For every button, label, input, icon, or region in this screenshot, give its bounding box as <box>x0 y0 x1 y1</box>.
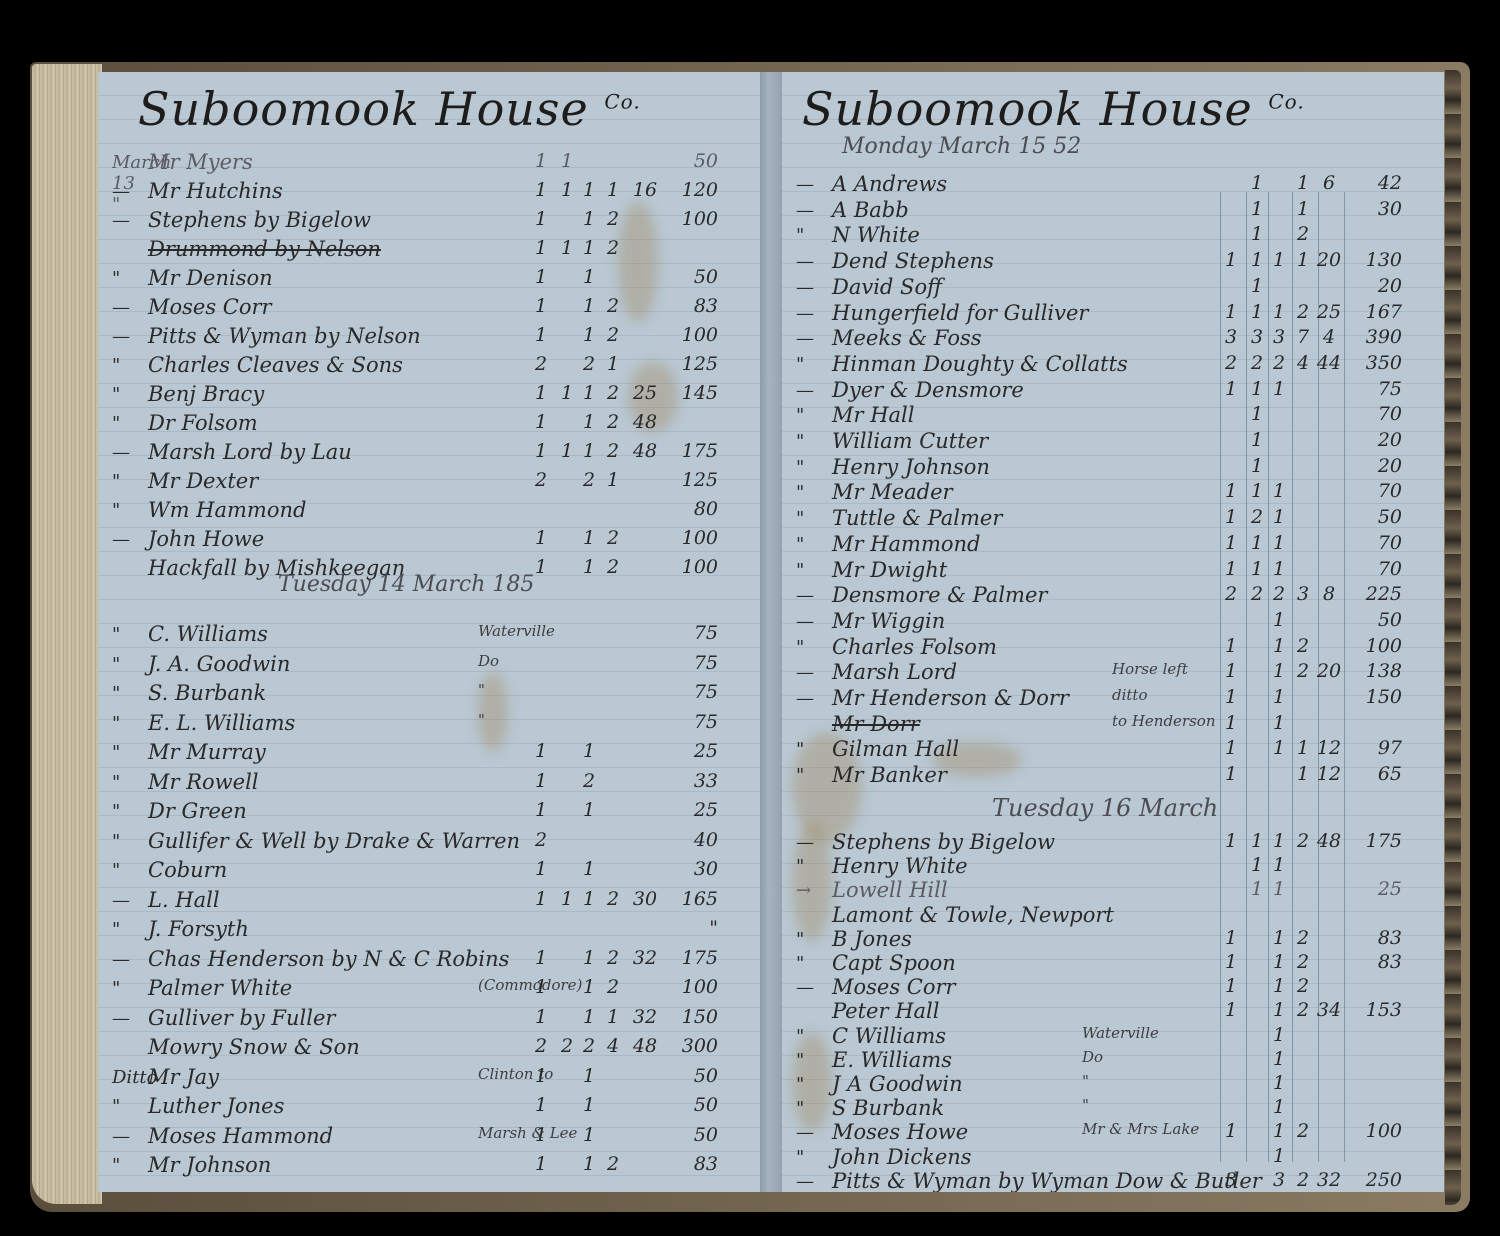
ditto-mark: " <box>112 919 142 940</box>
tally-cell: 1 <box>576 295 602 317</box>
amount-cell: 75 <box>658 652 718 674</box>
ditto-mark: " <box>796 637 826 658</box>
amount-cell: 33 <box>658 770 718 792</box>
guest-name: Marsh Lord by Lau <box>148 440 352 464</box>
guest-name: N White <box>832 223 920 247</box>
tally-cell: 25 <box>632 382 658 404</box>
tally-cell: 2 <box>1266 583 1292 605</box>
day-heading: Monday March 15 52 <box>842 134 1081 159</box>
tally-cell: 2 <box>528 469 554 491</box>
guest-name: Charles Folsom <box>832 635 997 659</box>
ledger-row: DittoMr JayClinton to1150 <box>98 1065 760 1093</box>
ditto-mark: " <box>112 654 142 675</box>
ledger-row: "Coburn1130 <box>98 858 760 886</box>
ditto-mark: " <box>112 742 142 763</box>
tally-cell: 1 <box>1266 532 1292 554</box>
ledger-row: "Dr Green1125 <box>98 799 760 827</box>
tally-cell: 1 <box>1218 301 1244 323</box>
tally-cell: 1 <box>1266 1048 1292 1070</box>
amount-cell: 250 <box>1342 1169 1402 1191</box>
tally-cell: 2 <box>1290 635 1316 657</box>
tally-cell: 1 <box>1218 830 1244 852</box>
tally-cell: 1 <box>576 440 602 462</box>
ditto-mark: — <box>796 174 826 195</box>
amount-cell: 20 <box>1342 455 1402 477</box>
ditto-mark: — <box>796 251 826 272</box>
ledger-row: —David Soff120 <box>782 275 1444 303</box>
ledger-row: —Mr Hutchins111116120 <box>98 179 760 207</box>
ditto-mark: " <box>112 1096 142 1117</box>
page-stack-edge <box>32 64 102 1204</box>
tally-cell: 1 <box>576 740 602 762</box>
tally-cell: 1 <box>528 976 554 998</box>
amount-cell: 350 <box>1342 352 1402 374</box>
tally-cell: 1 <box>528 1124 554 1146</box>
amount-cell: 175 <box>658 947 718 969</box>
amount-cell: 390 <box>1342 326 1402 348</box>
amount-cell: 20 <box>1342 275 1402 297</box>
guest-name: B Jones <box>832 927 912 951</box>
ditto-mark: " <box>112 772 142 793</box>
tally-cell: 2 <box>1218 583 1244 605</box>
tally-cell: 2 <box>1290 1169 1316 1191</box>
guest-name: E. Williams <box>832 1048 952 1072</box>
guest-note: Mr & Mrs Lake <box>1082 1120 1199 1138</box>
tally-cell: 1 <box>528 888 554 910</box>
ditto-mark: " <box>112 831 142 852</box>
ditto-mark: — <box>796 380 826 401</box>
tally-cell: 1 <box>528 150 554 172</box>
ledger-row: —Pitts & Wyman by Nelson112100 <box>98 324 760 352</box>
tally-cell: 1 <box>600 179 626 201</box>
tally-cell: 1 <box>528 858 554 880</box>
amount-cell: 75 <box>658 622 718 644</box>
guest-name: E. L. Williams <box>148 711 295 735</box>
guest-note: Do <box>1082 1048 1103 1066</box>
guest-name: Mr Wiggin <box>832 609 945 633</box>
amount-cell: 20 <box>1342 429 1402 451</box>
ledger-row: "Mr Denison1150 <box>98 266 760 294</box>
ledger-row: March 13 "Mr Myers1150 <box>98 150 760 178</box>
tally-cell: 2 <box>1290 975 1316 997</box>
ditto-mark: — <box>112 949 142 970</box>
tally-cell: 1 <box>1244 198 1270 220</box>
tally-cell: 1 <box>1218 975 1244 997</box>
tally-cell: 1 <box>1218 506 1244 528</box>
ditto-mark: — <box>112 1008 142 1029</box>
guest-name: Peter Hall <box>832 999 939 1023</box>
tally-cell: 1 <box>1218 999 1244 1021</box>
tally-cell: 25 <box>1316 301 1342 323</box>
ledger-row: Mowry Snow & Son222448300 <box>98 1035 760 1063</box>
guest-name: S. Burbank <box>148 681 266 705</box>
ledger-row: —Chas Henderson by N & C Robins11232175 <box>98 947 760 975</box>
tally-cell: 2 <box>528 829 554 851</box>
ledger-row: —L. Hall111230165 <box>98 888 760 916</box>
amount-cell: 125 <box>658 353 718 375</box>
ledger-row: —Moses Corr11283 <box>98 295 760 323</box>
ditto-mark: " <box>796 1098 826 1119</box>
ledger-row: "Wm Hammond80 <box>98 498 760 526</box>
tally-cell: 2 <box>1218 352 1244 374</box>
ledger-row: "Luther Jones1150 <box>98 1094 760 1122</box>
amount-cell: 42 <box>1342 172 1402 194</box>
amount-cell: " <box>658 917 718 939</box>
tally-cell: 1 <box>1218 532 1244 554</box>
tally-cell: 2 <box>600 382 626 404</box>
tally-cell: 1 <box>528 1065 554 1087</box>
tally-cell: 2 <box>600 527 626 549</box>
tally-cell: 1 <box>576 266 602 288</box>
tally-cell: 1 <box>1218 660 1244 682</box>
amount-cell: 75 <box>658 711 718 733</box>
tally-cell: 1 <box>1266 951 1292 973</box>
tally-cell: 1 <box>1266 1024 1292 1046</box>
guest-name: Moses Corr <box>832 975 956 999</box>
tally-cell: 1 <box>1266 737 1292 759</box>
tally-cell: 1 <box>1244 172 1270 194</box>
ledger-row: "Gullifer & Well by Drake & Warren240 <box>98 829 760 857</box>
ledger-row: —A Babb1130 <box>782 198 1444 226</box>
ditto-mark: " <box>796 953 826 974</box>
ditto-mark: — <box>112 210 142 231</box>
tally-cell: 1 <box>1266 1096 1292 1118</box>
tally-cell: 1 <box>1290 172 1316 194</box>
tally-cell: 44 <box>1316 352 1342 374</box>
ledger-row: "C. WilliamsWaterville75 <box>98 622 760 650</box>
guest-name: Mr Dwight <box>832 558 947 582</box>
guest-note: to Henderson <box>1112 712 1215 730</box>
ledger-row: —Mr Wiggin150 <box>782 609 1444 637</box>
tally-cell: 1 <box>528 1094 554 1116</box>
tally-cell: 1 <box>1266 660 1292 682</box>
tally-cell: 16 <box>632 179 658 201</box>
amount-cell: 100 <box>658 556 718 578</box>
tally-cell: 1 <box>1266 1072 1292 1094</box>
amount-cell: 165 <box>658 888 718 910</box>
ledger-row: "Mr Meader11170 <box>782 480 1444 508</box>
tally-cell: 1 <box>576 976 602 998</box>
tally-cell: 1 <box>528 1006 554 1028</box>
ditto-mark: " <box>796 534 826 555</box>
tally-cell: 1 <box>576 888 602 910</box>
guest-name: Chas Henderson by N & C Robins <box>148 947 509 971</box>
tally-cell: 1 <box>1266 975 1292 997</box>
tally-cell: 20 <box>1316 660 1342 682</box>
amount-cell: 97 <box>1342 737 1402 759</box>
ditto-mark: " <box>796 739 826 760</box>
tally-cell: 48 <box>632 1035 658 1057</box>
guest-name: Mr Denison <box>148 266 273 290</box>
amount-cell: 70 <box>1342 532 1402 554</box>
day-heading: Tuesday 16 March <box>992 794 1218 822</box>
tally-cell: 20 <box>1316 249 1342 271</box>
guest-name: Luther Jones <box>148 1094 284 1118</box>
ditto-mark: — <box>796 832 826 853</box>
tally-cell: 2 <box>1266 352 1292 374</box>
amount-cell: 50 <box>658 266 718 288</box>
tally-cell: 1 <box>1290 763 1316 785</box>
tally-cell: 1 <box>1266 480 1292 502</box>
tally-cell: 1 <box>1266 927 1292 949</box>
ditto-mark: — <box>796 1122 826 1143</box>
ledger-row: —Gulliver by Fuller11132150 <box>98 1006 760 1034</box>
ledger-row: "William Cutter120 <box>782 429 1444 457</box>
guest-name: S Burbank <box>832 1096 944 1120</box>
guest-name: Gulliver by Fuller <box>148 1006 335 1030</box>
guest-name: Dr Green <box>148 799 247 823</box>
ditto-mark: " <box>796 225 826 246</box>
guest-name: A Babb <box>832 198 909 222</box>
tally-cell: 2 <box>600 411 626 433</box>
guest-name: Coburn <box>148 858 227 882</box>
ditto-mark: " <box>112 801 142 822</box>
ditto-mark: — <box>796 662 826 683</box>
tally-cell: 1 <box>1290 249 1316 271</box>
tally-cell: 12 <box>1316 737 1342 759</box>
amount-cell: 75 <box>658 681 718 703</box>
tally-cell: 1 <box>1218 951 1244 973</box>
tally-cell: 1 <box>1218 558 1244 580</box>
ledger-row: —Hungerfield for Gulliver111225167 <box>782 301 1444 329</box>
tally-cell: 1 <box>576 556 602 578</box>
amount-cell: 100 <box>658 527 718 549</box>
guest-name: Benj Bracy <box>148 382 264 406</box>
ditto-mark: — <box>796 303 826 324</box>
tally-cell: 1 <box>1266 635 1292 657</box>
page-heading: Suboomook House Co. <box>802 82 1305 136</box>
page-heading: Suboomook House Co. <box>138 82 641 136</box>
left-page: Suboomook House Co. March 13 "Mr Myers11… <box>98 72 762 1192</box>
amount-cell: 125 <box>658 469 718 491</box>
tally-cell: 2 <box>600 1153 626 1175</box>
amount-cell: 80 <box>658 498 718 520</box>
tally-cell: 1 <box>1266 506 1292 528</box>
ledger-row: —Mr Henderson & Dorrditto11150 <box>782 686 1444 714</box>
guest-name: A Andrews <box>832 172 947 196</box>
ledger-row: —Marsh Lord by Lau111248175 <box>98 440 760 468</box>
tally-cell: 1 <box>576 1094 602 1116</box>
ledger-row: —Densmore & Palmer22238225 <box>782 583 1444 611</box>
guest-name: Palmer White <box>148 976 292 1000</box>
tally-cell: 2 <box>600 295 626 317</box>
ditto-mark: " <box>112 268 142 289</box>
tally-cell: 1 <box>1266 830 1292 852</box>
tally-cell: 1 <box>528 179 554 201</box>
guest-name: Mr Murray <box>148 740 266 764</box>
tally-cell: 1 <box>576 237 602 259</box>
tally-cell: 1 <box>600 1006 626 1028</box>
tally-cell: 7 <box>1290 326 1316 348</box>
amount-cell: 30 <box>658 858 718 880</box>
guest-note: " <box>478 711 485 729</box>
tally-cell: 1 <box>576 179 602 201</box>
tally-cell: 1 <box>1244 223 1270 245</box>
tally-cell: 1 <box>1266 1120 1292 1142</box>
ditto-mark: — <box>112 326 142 347</box>
tally-cell: 3 <box>1266 1169 1292 1191</box>
guest-note: Waterville <box>1082 1024 1159 1042</box>
guest-name: Densmore & Palmer <box>832 583 1047 607</box>
tally-cell: 1 <box>1218 480 1244 502</box>
ditto-mark: — <box>796 328 826 349</box>
amount-cell: 175 <box>658 440 718 462</box>
tally-cell: 2 <box>576 469 602 491</box>
amount-cell: 138 <box>1342 660 1402 682</box>
ledger-row: —Meeks & Foss33374390 <box>782 326 1444 354</box>
tally-cell: 1 <box>1266 609 1292 631</box>
guest-name: Mr Henderson & Dorr <box>832 686 1069 710</box>
tally-cell: 2 <box>600 888 626 910</box>
ledger-row: "Mr Murray1125 <box>98 740 760 768</box>
amount-cell: 150 <box>658 1006 718 1028</box>
guest-name: Pitts & Wyman by Wyman Dow & Butler <box>832 1169 1262 1192</box>
guest-name: Hungerfield for Gulliver <box>832 301 1088 325</box>
tally-cell: 1 <box>1244 275 1270 297</box>
amount-cell: 70 <box>1342 558 1402 580</box>
book-gutter <box>760 72 782 1192</box>
guest-name: William Cutter <box>832 429 988 453</box>
tally-cell: 1 <box>528 770 554 792</box>
guest-name: Mr Hutchins <box>148 179 283 203</box>
amount-cell: 83 <box>1342 927 1402 949</box>
ditto-mark: — <box>112 442 142 463</box>
ditto-mark: " <box>112 471 142 492</box>
ditto-mark: " <box>112 624 142 645</box>
tally-cell: 1 <box>576 411 602 433</box>
guest-name: Mr Meader <box>832 480 953 504</box>
guest-name: Moses Howe <box>832 1120 968 1144</box>
guest-name: Mr Dorr <box>832 712 920 736</box>
guest-name: Dr Folsom <box>148 411 258 435</box>
guest-name: John Howe <box>148 527 264 551</box>
ditto-mark: — <box>112 1126 142 1147</box>
guest-name: Capt Spoon <box>832 951 956 975</box>
tally-cell: 1 <box>1266 378 1292 400</box>
tally-cell: 1 <box>600 353 626 375</box>
ditto-mark: " <box>112 713 142 734</box>
ledger-row: "Mr Hall170 <box>782 403 1444 431</box>
tally-cell: 1 <box>528 799 554 821</box>
guest-name: J. Forsyth <box>148 917 249 941</box>
ditto-mark: — <box>796 1171 826 1192</box>
ledger-row: "Hinman Doughty & Collatts222444350 <box>782 352 1444 380</box>
guest-name: Mr Jay <box>148 1065 219 1089</box>
guest-note: Do <box>478 652 499 670</box>
amount-cell: 75 <box>1342 378 1402 400</box>
tally-cell: 1 <box>1266 854 1292 876</box>
amount-cell: 225 <box>1342 583 1402 605</box>
tally-cell: 2 <box>1290 927 1316 949</box>
guest-note: Horse left <box>1112 660 1188 678</box>
ledger-row: —Marsh LordHorse left11220138 <box>782 660 1444 688</box>
tally-cell: 1 <box>528 324 554 346</box>
ledger-row: "S. Burbank"75 <box>98 681 760 709</box>
tally-cell: 1 <box>1266 712 1292 734</box>
tally-cell: 1 <box>1266 686 1292 708</box>
tally-cell: 2 <box>600 440 626 462</box>
tally-cell: 1 <box>576 947 602 969</box>
ledger-row: —Pitts & Wyman by Wyman Dow & Butler3323… <box>782 1169 1444 1192</box>
guest-name: Mowry Snow & Son <box>148 1035 360 1059</box>
guest-name: Mr Rowell <box>148 770 259 794</box>
tally-cell: 1 <box>576 1153 602 1175</box>
ledger-row: "Gilman Hall1111297 <box>782 737 1444 765</box>
tally-cell: 2 <box>576 770 602 792</box>
ditto-mark: " <box>796 1074 826 1095</box>
ditto-mark: — <box>796 688 826 709</box>
ledger-row: "Palmer White(Commodore)112100 <box>98 976 760 1004</box>
tally-cell: 32 <box>1316 1169 1342 1191</box>
tally-cell: 1 <box>576 858 602 880</box>
guest-name: John Dickens <box>832 1145 972 1169</box>
amount-cell: 65 <box>1342 763 1402 785</box>
tally-cell: 32 <box>632 1006 658 1028</box>
guest-name: Gullifer & Well by Drake & Warren <box>148 829 520 853</box>
ledger-row: —Dend Stephens111120130 <box>782 249 1444 277</box>
tally-cell: 2 <box>1290 301 1316 323</box>
marbled-cover-edge <box>1445 70 1461 1205</box>
guest-name: Lamont & Towle, Newport <box>832 903 1114 927</box>
amount-cell: 100 <box>658 976 718 998</box>
tally-cell: 34 <box>1316 999 1342 1021</box>
ditto-mark: " <box>796 1026 826 1047</box>
tally-cell: 4 <box>600 1035 626 1057</box>
guest-name: L. Hall <box>148 888 220 912</box>
tally-cell: 48 <box>1316 830 1342 852</box>
ledger-row: —A Andrews11642 <box>782 172 1444 200</box>
tally-cell: 2 <box>528 1035 554 1057</box>
guest-name: Dend Stephens <box>832 249 994 273</box>
guest-name: C Williams <box>832 1024 946 1048</box>
ledger-row: "Mr Hammond11170 <box>782 532 1444 560</box>
amount-cell: 300 <box>658 1035 718 1057</box>
tally-cell: 2 <box>1290 660 1316 682</box>
amount-cell: 50 <box>1342 609 1402 631</box>
ditto-mark: " <box>112 500 142 521</box>
ledger-row: "J. Forsyth" <box>98 917 760 945</box>
ditto-mark: " <box>796 560 826 581</box>
ditto-mark: — <box>796 585 826 606</box>
guest-name: Henry Johnson <box>832 455 990 479</box>
tally-cell: 1 <box>1218 1120 1244 1142</box>
tally-cell: 1 <box>1218 686 1244 708</box>
guest-name: Mr Hammond <box>832 532 981 556</box>
guest-name: C. Williams <box>148 622 268 646</box>
guest-name: Tuttle & Palmer <box>832 506 1002 530</box>
guest-note: Waterville <box>478 622 555 640</box>
ditto-mark: " <box>796 765 826 786</box>
amount-cell: 50 <box>658 1094 718 1116</box>
amount-cell: 130 <box>1342 249 1402 271</box>
guest-name: Pitts & Wyman by Nelson <box>148 324 421 348</box>
tally-cell: 1 <box>528 208 554 230</box>
tally-cell: 48 <box>632 440 658 462</box>
ledger-row: Mr Dorrto Henderson11 <box>782 712 1444 740</box>
guest-name: Henry White <box>832 854 968 878</box>
ditto-mark: — <box>112 181 142 202</box>
amount-cell: 100 <box>658 324 718 346</box>
ditto-mark: — <box>796 977 826 998</box>
ledger-row: "Charles Cleaves & Sons221125 <box>98 353 760 381</box>
amount-cell: 25 <box>658 799 718 821</box>
ledger-row: —Dyer & Densmore11175 <box>782 378 1444 406</box>
guest-name: Stephens by Bigelow <box>832 830 1055 854</box>
amount-cell: 145 <box>658 382 718 404</box>
ditto-mark: " <box>796 508 826 529</box>
tally-cell: 4 <box>1290 352 1316 374</box>
amount-cell: 100 <box>1342 635 1402 657</box>
